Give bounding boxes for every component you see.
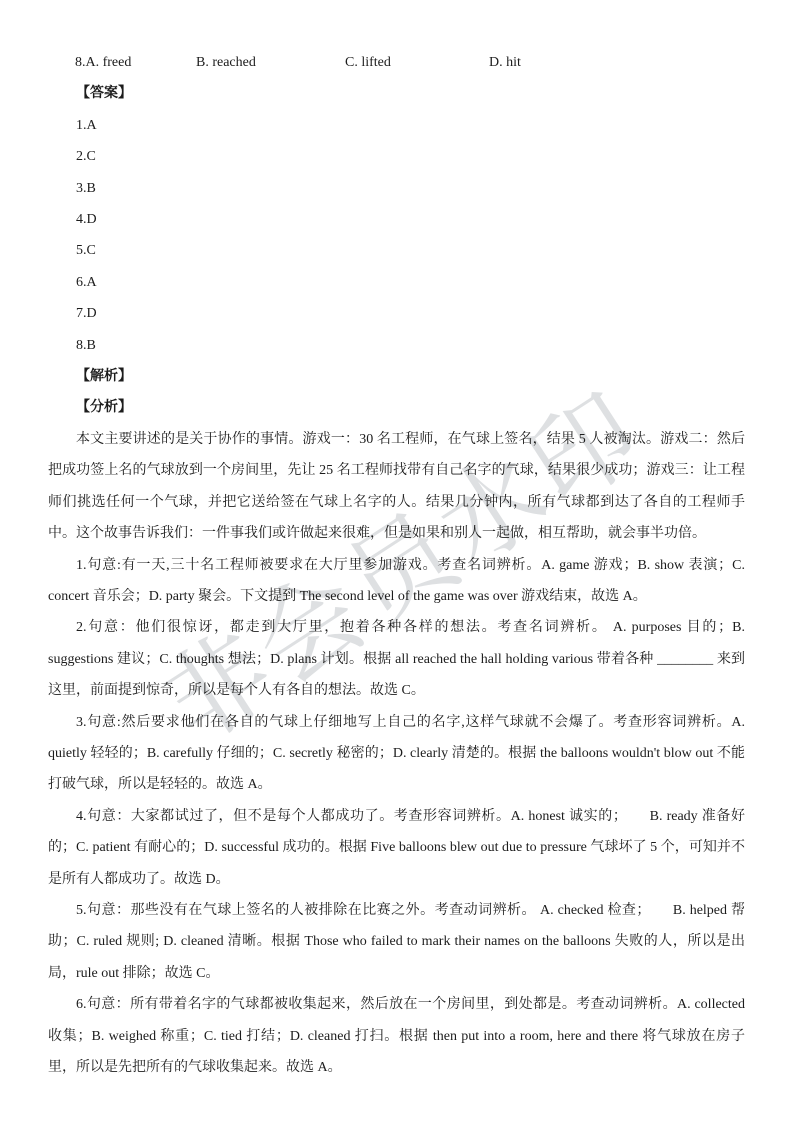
document-page: 非会员水印 8.A. freedB. reachedC. liftedD. hi…	[0, 0, 793, 1122]
analysis-paragraph-q5: 5.句意：那些没有在气球上签名的人被排除在比赛之外。考查动词辨析。 A. che…	[48, 895, 745, 989]
answer-item-4: 4.D	[48, 204, 745, 235]
answer-item-2: 2.C	[48, 141, 745, 172]
analysis-paragraph-q4: 4.句意：大家都试过了，但不是每个人都成功了。考查形容词辨析。A. honest…	[48, 801, 745, 895]
answer-item-6: 6.A	[48, 267, 745, 298]
analysis-paragraph-q2: 2.句意：他们很惊讶，都走到大厅里，抱着各种各样的想法。考查名词辨析。 A. p…	[48, 612, 745, 706]
option-d: D. hit	[489, 47, 521, 78]
answer-item-3: 3.B	[48, 173, 745, 204]
document-content: 8.A. freedB. reachedC. liftedD. hit 【答案】…	[48, 47, 745, 1083]
option-c: C. lifted	[345, 47, 489, 78]
analysis-summary-paragraph: 本文主要讲述的是关于协作的事情。游戏一：30 名工程师，在气球上签名，结果 5 …	[48, 424, 745, 550]
answer-item-1: 1.A	[48, 110, 745, 141]
analysis-paragraph-q1: 1.句意:有一天,三十名工程师被要求在大厅里参加游戏。考查名词辨析。A. gam…	[48, 550, 745, 613]
answer-item-7: 7.D	[48, 298, 745, 329]
fenxi-heading: 【分析】	[48, 392, 745, 423]
answers-heading: 【答案】	[48, 78, 745, 109]
analysis-paragraph-q3: 3.句意:然后要求他们在各自的气球上仔细地写上自己的名字,这样气球就不会爆了。考…	[48, 707, 745, 801]
analysis-paragraph-q6: 6.句意：所有带着名字的气球都被收集起来，然后放在一个房间里，到处都是。考查动词…	[48, 989, 745, 1083]
option-a: 8.A. freed	[75, 47, 196, 78]
option-b: B. reached	[196, 47, 345, 78]
answer-item-8: 8.B	[48, 330, 745, 361]
answer-item-5: 5.C	[48, 235, 745, 266]
question-8-options-row: 8.A. freedB. reachedC. liftedD. hit	[48, 47, 745, 78]
jiexi-heading: 【解析】	[48, 361, 745, 392]
